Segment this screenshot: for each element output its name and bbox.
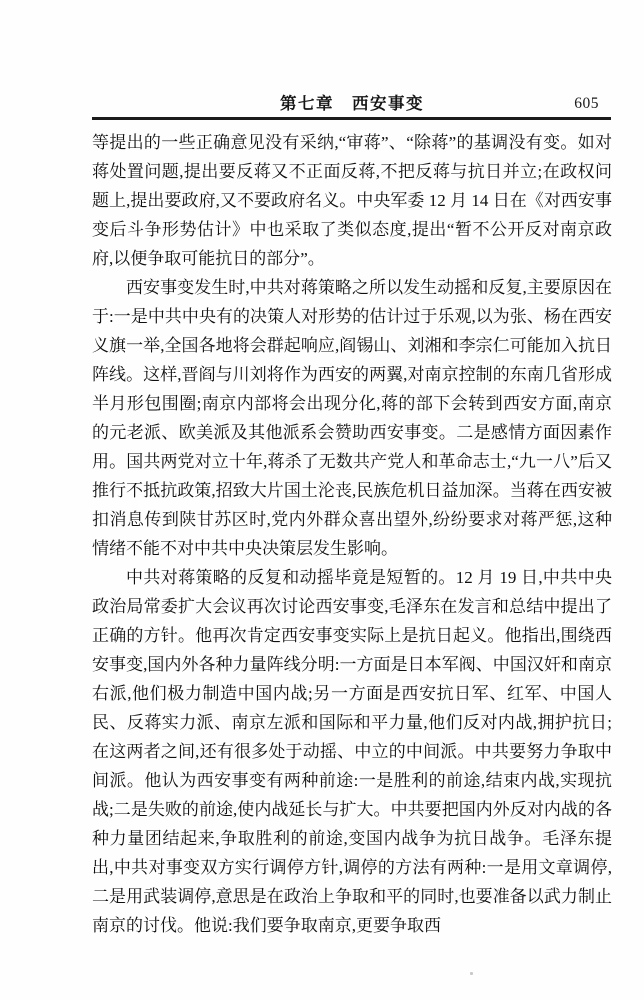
header-rule	[92, 117, 611, 120]
scanned-book-page: { "header": { "chapter_title": "第七章 西安事变…	[0, 0, 644, 1000]
running-head: 第七章 西安事变 605	[92, 92, 612, 116]
book-page: 第七章 西安事变 605 等提出的一些正确意见没有采纳,“审蒋”、“除蒋”的基调…	[0, 0, 644, 1000]
page-number: 605	[574, 92, 599, 116]
paragraph-1: 等提出的一些正确意见没有采纳,“审蒋”、“除蒋”的基调没有变。如对蒋处置问题,提…	[92, 128, 612, 273]
paragraph-2: 西安事变发生时,中共对蒋策略之所以发生动摇和反复,主要原因在于:一是中共中央有的…	[92, 273, 612, 563]
body-text: 等提出的一些正确意见没有采纳,“审蒋”、“除蒋”的基调没有变。如对蒋处置问题,提…	[92, 128, 612, 940]
chapter-title: 第七章 西安事变	[92, 92, 612, 116]
paragraph-3: 中共对蒋策略的反复和动摇毕竟是短暂的。12 月 19 日,中共中央政治局常委扩大…	[92, 563, 612, 940]
scan-artifact-dot	[470, 972, 473, 975]
